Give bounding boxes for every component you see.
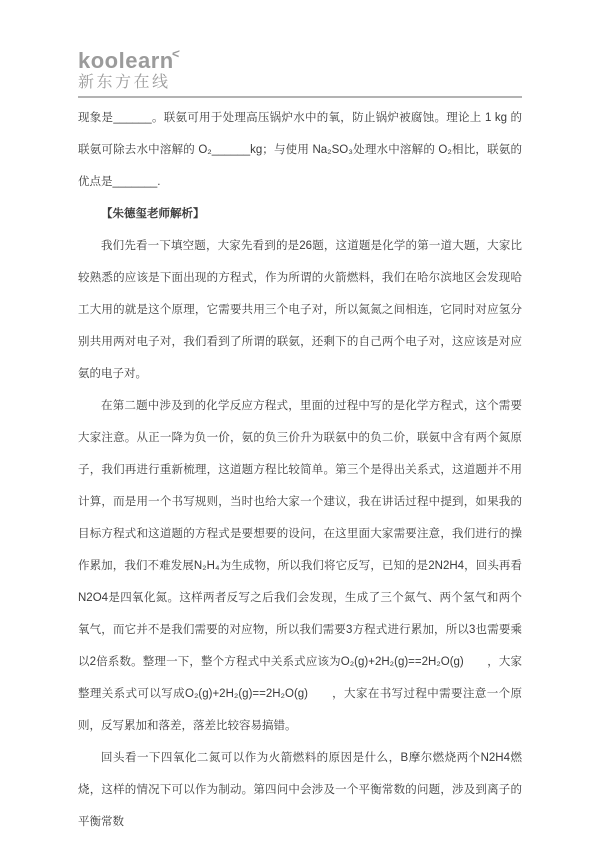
document-body: 现象是______。联氨可用于处理高压锅炉水中的氧，防止锅炉被腐蚀。理论上 1 … [78,102,522,838]
koolearn-logo-text: koolearn [78,50,174,72]
section-heading-teacher-analysis: 【朱德玺老师解析】 [78,198,522,230]
koolearn-logo: koolearn< [78,50,522,73]
koolearn-logo-subtext: 新东方在线 [78,74,522,92]
paragraph-analysis-1: 我们先看一下填空题，大家先看到的是26题，这道题是化学的第一道大题，大家比较熟悉… [78,230,522,390]
header-divider [78,96,522,98]
paragraph-question-continuation: 现象是______。联氨可用于处理高压锅炉水中的氧，防止锅炉被腐蚀。理论上 1 … [78,102,522,198]
brand-header: koolearn< 新东方在线 [78,50,522,98]
paragraph-analysis-3: 回头看一下四氧化二氮可以作为火箭燃料的原因是什么，B摩尔燃烧两个N2H4燃烧，这… [78,742,522,838]
paragraph-analysis-2: 在第二题中涉及到的化学反应方程式，里面的过程中写的是化学方程式，这个需要大家注意… [78,390,522,742]
document-page: koolearn< 新东方在线 现象是______。联氨可用于处理高压锅炉水中的… [0,0,600,848]
logo-chevron-icon: < [171,46,181,61]
